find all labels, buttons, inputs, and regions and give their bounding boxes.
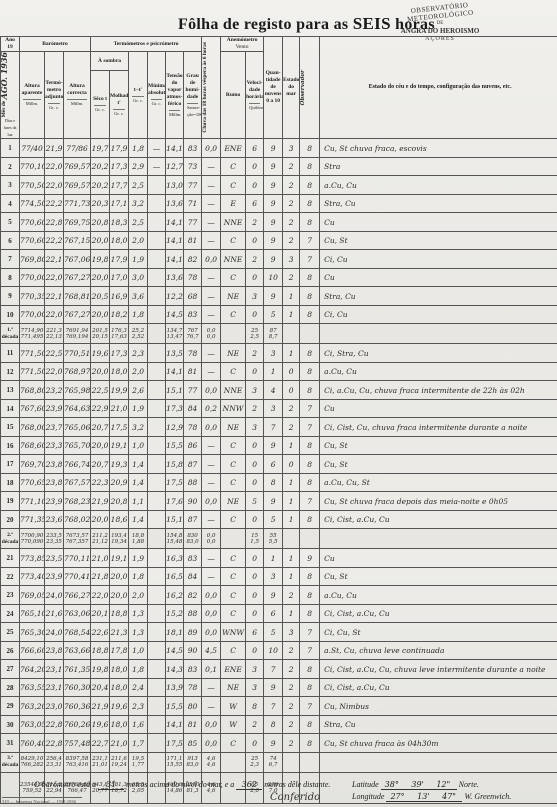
cell-nuv: 9 [264, 231, 283, 250]
weather-description: Cu [320, 213, 557, 232]
cell-diff: 2,0 [129, 362, 148, 381]
summary-diff: 19,51,77 [129, 752, 148, 772]
cell-alt-c: 763,66 [64, 641, 91, 660]
sum-mean: 15,55 [166, 762, 183, 768]
cell-rumo: NNW [221, 399, 246, 418]
cell-mar: 1 [283, 436, 300, 455]
summary-min [148, 324, 166, 344]
cell-min [148, 734, 166, 753]
cell-term: 22,8 [45, 715, 64, 734]
cell-alt-c: 770,51 [64, 344, 91, 363]
day-number: 28 [1, 678, 20, 697]
weather-description: Cu, St [320, 455, 557, 474]
weather-description: Ci, Cist, a.Cu, Cu, chuva leve intermite… [320, 660, 557, 679]
cell-chuva: 0,0 [202, 586, 221, 605]
cell-alt-ap: 771,10 [20, 492, 45, 511]
cell-seco: 21,9 [91, 697, 110, 716]
cell-min [148, 362, 166, 381]
cell-hum: 82 [184, 586, 202, 605]
cell-rumo: WNW [221, 623, 246, 642]
cell-term: 23,9 [45, 492, 64, 511]
cell-hum: 81 [184, 362, 202, 381]
cell-tens: 13,0 [166, 176, 184, 195]
cell-min [148, 492, 166, 511]
day-number: 26 [1, 641, 20, 660]
cell-seco: 19,6 [91, 715, 110, 734]
cell-vel: 0 [246, 586, 264, 605]
summary-mar [283, 324, 300, 344]
cell-rumo: NE [221, 344, 246, 363]
sum-mean: 2,3 [246, 762, 263, 768]
cell-hum: 83 [184, 549, 202, 568]
cell-diff: 2,0 [129, 586, 148, 605]
cell-term: 24,0 [45, 623, 64, 642]
cell-diff: 1,0 [129, 436, 148, 455]
summary-alt-ap: 8429,10766,282 [20, 752, 45, 772]
cell-term: 23,8 [45, 641, 64, 660]
cell-mar: 1 [283, 549, 300, 568]
cell-term: 23,2 [45, 381, 64, 400]
header-mes: Mês de AGO. 1936 Dias e fases da lua [1, 52, 20, 139]
cell-chuva: 0,0 [202, 418, 221, 437]
cell-alt-c: 770,41 [64, 567, 91, 586]
cell-min: — [148, 139, 166, 158]
summary-chuva: 0,00,0 [202, 324, 221, 344]
cell-diff: 2,5 [129, 176, 148, 195]
cell-rumo: NE [221, 287, 246, 306]
cell-alt-c: 764,63 [64, 399, 91, 418]
cell-hum: 84 [184, 567, 202, 586]
cell-hum: 68 [184, 287, 202, 306]
cell-tens: 15,1 [166, 381, 184, 400]
table-row: 23769,0524,0766,2722,020,02,016,2820,0C0… [1, 586, 557, 605]
summary-tens: 134,713,47 [166, 324, 184, 344]
cell-molh: 17,8 [110, 641, 129, 660]
cell-nuv: 9 [264, 586, 283, 605]
sum-mean: 21,12 [91, 539, 109, 545]
day-number: 10 [1, 305, 20, 324]
cell-tens: 14,1 [166, 139, 184, 158]
cell-alt-c: 768,54 [64, 623, 91, 642]
sum-mean: 15,48 [166, 539, 183, 545]
cell-seco: 22,6 [91, 623, 110, 642]
sum-mean: 0,0 [202, 334, 220, 340]
cell-diff: 3,2 [129, 418, 148, 437]
day-number: 6 [1, 231, 20, 250]
cell-seco: 20,4 [91, 678, 110, 697]
cell-molh: 19,9 [110, 381, 129, 400]
cell-hum: 83 [184, 139, 202, 158]
cell-alt-c: 767,57 [64, 473, 91, 492]
cell-vel: 0 [246, 473, 264, 492]
cell-hum: 77 [184, 213, 202, 232]
cell-rumo: NE [221, 418, 246, 437]
cell-chuva: — [202, 194, 221, 213]
cell-seco: 22,7 [91, 734, 110, 753]
cell-molh: 18,8 [110, 604, 129, 623]
cell-term: 22,1 [45, 250, 64, 269]
cell-diff: 2,4 [129, 678, 148, 697]
cell-obs: 8 [300, 213, 320, 232]
cell-diff: 1,1 [129, 492, 148, 511]
cell-chuva: — [202, 567, 221, 586]
cell-alt-c: 771,73 [64, 194, 91, 213]
cell-obs: 8 [300, 381, 320, 400]
cell-chuva: — [202, 213, 221, 232]
cell-chuva: — [202, 231, 221, 250]
cell-obs: 8 [300, 660, 320, 679]
cell-hum: 80 [184, 697, 202, 716]
cell-molh: 20,8 [110, 492, 129, 511]
cell-alt-c: 760,30 [64, 678, 91, 697]
sum-mean: 20,15 [91, 334, 109, 340]
table-row: 6770,6022,2767,1520,018,02,014,181—C0927… [1, 231, 557, 250]
table-row: 10770,0022,0767,2720,018,21,814,583—C051… [1, 305, 557, 324]
table-row: 13768,8023,2765,9822,519,92,615,1770,0NN… [1, 381, 557, 400]
header-chuva: Chuva das 18 horas véspera às 6 horas [202, 37, 221, 139]
sum-mean: 13,47 [166, 334, 183, 340]
cell-alt-c: 765,70 [64, 436, 91, 455]
cell-diff: 1,9 [129, 399, 148, 418]
cell-alt-ap: 771,50 [20, 362, 45, 381]
summary-blank [320, 324, 557, 344]
cell-nuv: 3 [264, 344, 283, 363]
table-row: 29763,2023,0760,3621,919,62,315,580—W872… [1, 697, 557, 716]
cell-alt-c: 767,27 [64, 268, 91, 287]
cell-rumo: C [221, 641, 246, 660]
summary-chuva: 4,64,6 [202, 752, 221, 772]
cell-term: 23,7 [45, 418, 64, 437]
cell-vel: 0 [246, 455, 264, 474]
cell-rumo: ENE [221, 139, 246, 158]
cell-min [148, 473, 166, 492]
sum-mean: 23,35 [45, 539, 63, 545]
cell-rumo: NE [221, 492, 246, 511]
cell-tens: 14,5 [166, 305, 184, 324]
header-molhado: Molhado t'Gr. c. [110, 71, 129, 139]
summary-tens: 171,115,55 [166, 752, 184, 772]
cell-nuv: 10 [264, 641, 283, 660]
cell-chuva: — [202, 287, 221, 306]
cell-alt-ap: 767,60 [20, 399, 45, 418]
weather-description: Stra, Cu [320, 194, 557, 213]
cell-hum: 78 [184, 268, 202, 287]
cell-obs: 8 [300, 715, 320, 734]
cell-mar: 2 [283, 399, 300, 418]
cell-vel: 0 [246, 305, 264, 324]
cell-alt-ap: 763,20 [20, 697, 45, 716]
cell-seco: 20,2 [91, 176, 110, 195]
cell-seco: 21,9 [91, 492, 110, 511]
cell-rumo: ENE [221, 660, 246, 679]
cell-rumo: C [221, 549, 246, 568]
weather-description: a.Cu, Cu [320, 176, 557, 195]
cell-tens: 14,3 [166, 660, 184, 679]
weather-description: Cu, Nimbus [320, 697, 557, 716]
day-number: 21 [1, 549, 20, 568]
cell-seco: 20,0 [91, 268, 110, 287]
summary-label: 2.ª década [1, 529, 20, 549]
cell-alt-c: 768,97 [64, 362, 91, 381]
table-row: 26766,6023,8763,6618,817,81,014,5904,5C0… [1, 641, 557, 660]
cell-molh: 21,3 [110, 623, 129, 642]
cell-mar: 3 [283, 250, 300, 269]
table-row: 19771,1023,9768,2321,920,81,117,6900,0NE… [1, 492, 557, 511]
summary-alt-ap: 7700,90770,090 [20, 529, 45, 549]
cell-nuv: 6 [264, 604, 283, 623]
cell-seco: 21,8 [91, 567, 110, 586]
cell-hum: 78 [184, 678, 202, 697]
cell-nuv: 7 [264, 697, 283, 716]
day-number: 23 [1, 586, 20, 605]
day-number: 7 [1, 250, 20, 269]
summary-obs [300, 529, 320, 549]
day-number: 8 [1, 268, 20, 287]
cell-nuv: 9 [264, 139, 283, 158]
cell-vel: 0 [246, 157, 264, 176]
cell-hum: 85 [184, 734, 202, 753]
cell-molh: 17,3 [110, 344, 129, 363]
summary-nuv: 746,7 [264, 752, 283, 772]
cell-nuv: 3 [264, 399, 283, 418]
cell-tens: 13,6 [166, 268, 184, 287]
cell-chuva: 0,2 [202, 399, 221, 418]
cell-term: 24,0 [45, 586, 64, 605]
cell-chuva: — [202, 473, 221, 492]
sum-mean: 21,01 [91, 762, 109, 768]
cell-alt-ap: 77/40 [20, 139, 45, 158]
cell-diff: 1,4 [129, 510, 148, 529]
cell-alt-c: 769,57 [64, 157, 91, 176]
cell-obs: 7 [300, 231, 320, 250]
cell-term: 23,8 [45, 473, 64, 492]
summary-molh: 193,419,34 [110, 529, 129, 549]
header-ano: Ano19 [1, 37, 20, 52]
cell-mar: 2 [283, 213, 300, 232]
summary-alt-c: 8397,58763,416 [64, 752, 91, 772]
cell-alt-c: 768,81 [64, 287, 91, 306]
cell-obs: 7 [300, 399, 320, 418]
header-barometro: Barómetro [20, 37, 91, 52]
weather-description: Cu, St [320, 231, 557, 250]
cell-alt-c: 767,15 [64, 231, 91, 250]
cell-chuva: — [202, 157, 221, 176]
cell-diff: 2,3 [129, 344, 148, 363]
sum-mean: 769,194 [64, 334, 90, 340]
table-row: 15768,0023,7765,0620,717,53,212,9780,0NE… [1, 418, 557, 437]
summary-seco: 231,121,01 [91, 752, 110, 772]
summary-min [148, 529, 166, 549]
weather-description: a.St, Cu, chuva leve continuada [320, 641, 557, 660]
cell-seco: 20,0 [91, 510, 110, 529]
cell-rumo: C [221, 567, 246, 586]
cell-seco: 22,5 [91, 381, 110, 400]
weather-description: Cu, St chuva fraca às 04h30m [320, 734, 557, 753]
cell-diff: 2,3 [129, 697, 148, 716]
day-number: 4 [1, 194, 20, 213]
day-number: 25 [1, 623, 20, 642]
cell-term: 22,5 [45, 344, 64, 363]
weather-description: Stra, Cu [320, 287, 557, 306]
cell-chuva: — [202, 549, 221, 568]
cell-min [148, 176, 166, 195]
cell-nuv: 9 [264, 492, 283, 511]
weather-description: Ci, Cu, St [320, 623, 557, 642]
cell-mar: 3 [283, 623, 300, 642]
cell-tens: 14,1 [166, 231, 184, 250]
cell-min [148, 697, 166, 716]
header-altura-correcta: Altura correctaMillm. [64, 52, 91, 139]
cell-vel: 0 [246, 231, 264, 250]
cell-seco: 20,5 [91, 287, 110, 306]
cell-mar: 2 [283, 734, 300, 753]
cell-chuva: 0,1 [202, 660, 221, 679]
cell-nuv: 5 [264, 510, 283, 529]
summary-hum: 83083,0 [184, 529, 202, 549]
cell-alt-c: 77/86 [64, 139, 91, 158]
cell-rumo: C [221, 176, 246, 195]
cell-diff: 1,4 [129, 473, 148, 492]
cell-chuva: 0,0 [202, 715, 221, 734]
cell-alt-ap: 770,00 [20, 268, 45, 287]
cell-seco: 20,7 [91, 418, 110, 437]
sum-mean: 767,357 [64, 539, 90, 545]
cell-mar: 0 [283, 362, 300, 381]
weather-description: Cu, St [320, 436, 557, 455]
cell-hum: 83 [184, 660, 202, 679]
cell-chuva: — [202, 678, 221, 697]
cell-hum: 84 [184, 399, 202, 418]
cell-term: 23,6 [45, 510, 64, 529]
cell-chuva: — [202, 455, 221, 474]
header-mar: Estado do mar [283, 37, 300, 139]
weather-description: Ci, Cist, a.Cu, Cu [320, 604, 557, 623]
cell-seco: 19,8 [91, 660, 110, 679]
header-altura-aparente: Altura aparenteMillm. [20, 52, 45, 139]
cell-nuv: 9 [264, 157, 283, 176]
header-termometros: Termómetros e psicrómetro [91, 37, 202, 52]
cell-obs: 7 [300, 623, 320, 642]
cell-alt-ap: 766,60 [20, 641, 45, 660]
cell-term: 23,8 [45, 455, 64, 474]
day-number: 11 [1, 344, 20, 363]
cell-molh: 18,0 [110, 660, 129, 679]
cell-obs: 8 [300, 139, 320, 158]
cell-tens: 14,1 [166, 362, 184, 381]
cell-vel: 6 [246, 623, 264, 642]
cell-alt-ap: 770,60 [20, 231, 45, 250]
cell-vel: 6 [246, 139, 264, 158]
cell-rumo: C [221, 436, 246, 455]
cell-hum: 81 [184, 231, 202, 250]
observatory-stamp: OBSERVATÓRIO METEOROLÓGICO DE ANGRA DO H… [380, 2, 500, 40]
cell-mar: 2 [283, 641, 300, 660]
cell-term: 22,2 [45, 194, 64, 213]
cell-tens: 14,5 [166, 641, 184, 660]
cell-tens: 14,1 [166, 250, 184, 269]
cell-alt-c: 763,06 [64, 604, 91, 623]
weather-description: Ci, Cu [320, 305, 557, 324]
day-number: 13 [1, 381, 20, 400]
summary-label: 1.ª década [1, 324, 20, 344]
cell-seco: 19,6 [91, 344, 110, 363]
table-row: 16768,6023,3765,7020,019,11,015,586—C091… [1, 436, 557, 455]
cell-alt-c: 760,26 [64, 715, 91, 734]
cell-rumo: C [221, 604, 246, 623]
cell-hum: 88 [184, 473, 202, 492]
sum-mean: 0,0 [202, 539, 220, 545]
cell-min [148, 549, 166, 568]
cell-term: 22,0 [45, 176, 64, 195]
cell-chuva: 4,5 [202, 641, 221, 660]
cell-hum: 87 [184, 455, 202, 474]
cell-seco: 22,9 [91, 399, 110, 418]
sum-mean: 2,5 [246, 334, 263, 340]
cell-vel: 2 [246, 213, 264, 232]
cell-nuv: 7 [264, 418, 283, 437]
cell-tens: 13,6 [166, 194, 184, 213]
cell-term: 23,1 [45, 678, 64, 697]
cell-tens: 12,2 [166, 287, 184, 306]
register-page: Fôlha de registo para as SEIS horas OBSE… [0, 0, 557, 807]
cell-mar: 1 [283, 344, 300, 363]
cell-diff: 3,6 [129, 287, 148, 306]
cell-alt-c: 767,27 [64, 305, 91, 324]
cell-mar: 3 [283, 139, 300, 158]
cell-rumo: C [221, 473, 246, 492]
cell-molh: 21,0 [110, 734, 129, 753]
cell-tens: 13,5 [166, 344, 184, 363]
cell-chuva: — [202, 344, 221, 363]
day-number: 18 [1, 473, 20, 492]
cell-min [148, 660, 166, 679]
cell-min [148, 567, 166, 586]
sum-mean: 19,34 [110, 539, 128, 545]
cell-diff: 2,9 [129, 157, 148, 176]
cell-diff: 1,3 [129, 623, 148, 642]
summary-blank [320, 752, 557, 772]
cell-term: 23,9 [45, 567, 64, 586]
cell-seco: 20,1 [91, 604, 110, 623]
cell-molh: 17,9 [110, 250, 129, 269]
summary-label: 3.ª década [1, 752, 20, 772]
day-number: 5 [1, 213, 20, 232]
table-row: 27764,2023,1761,3519,818,01,814,3830,1EN… [1, 660, 557, 679]
cell-tens: 15,1 [166, 510, 184, 529]
summary-mar [283, 752, 300, 772]
cell-chuva: 0,0 [202, 734, 221, 753]
cell-diff: 2,6 [129, 381, 148, 400]
cell-diff: 1,9 [129, 250, 148, 269]
cell-obs: 8 [300, 176, 320, 195]
sum-mean: 8,7 [264, 334, 282, 340]
cell-min [148, 250, 166, 269]
cell-obs: 8 [300, 194, 320, 213]
summary-molh: 176,317,63 [110, 324, 129, 344]
day-number: 3 [1, 176, 20, 195]
cell-mar: 1 [283, 473, 300, 492]
cell-obs: 8 [300, 362, 320, 381]
cell-term: 22,0 [45, 268, 64, 287]
cell-term: 22,0 [45, 157, 64, 176]
table-row: 21773,8523,5770,1121,019,11,916,383—C011… [1, 549, 557, 568]
cell-min [148, 344, 166, 363]
cell-tens: 15,5 [166, 697, 184, 716]
weather-description: Stra, Cu [320, 715, 557, 734]
cell-molh: 17,3 [110, 157, 129, 176]
cell-obs: 8 [300, 305, 320, 324]
sum-mean: 763,416 [64, 762, 90, 768]
